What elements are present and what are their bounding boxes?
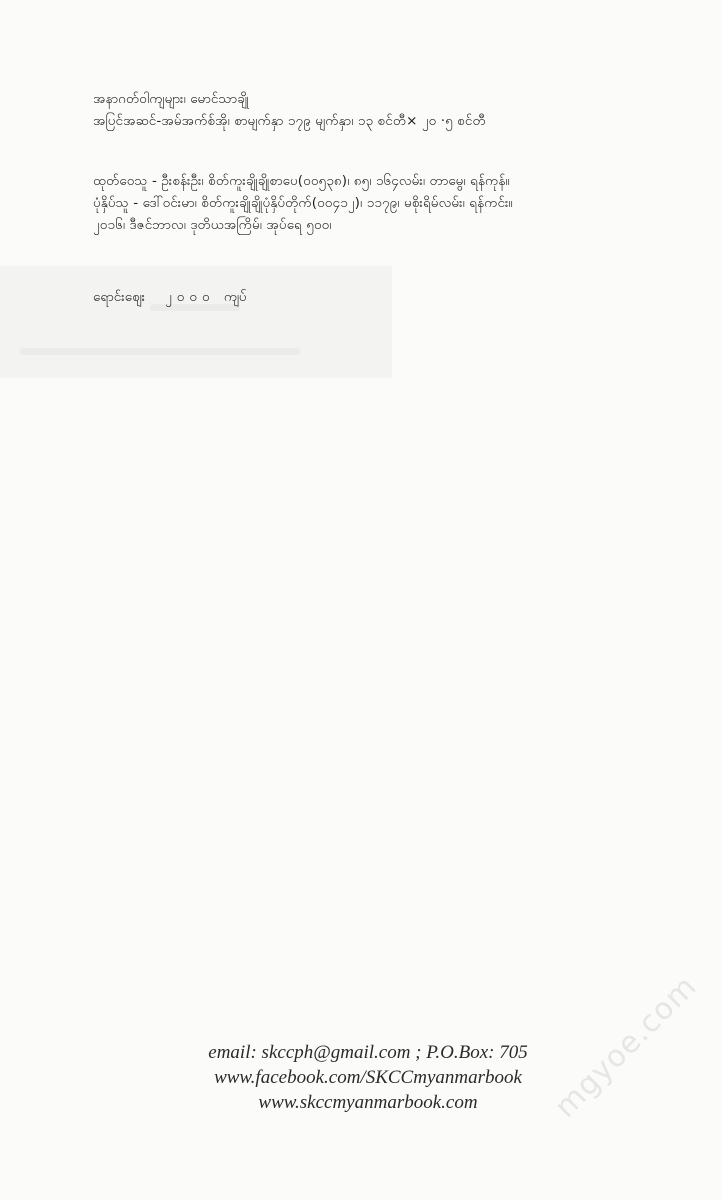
bleed-line — [20, 348, 300, 355]
book-specs-line: အပြင်အဆင်-အမ်အက်စ်အို၊ စာမျက်နှာ ၁၇၉ မျက… — [93, 110, 486, 132]
price-value: ၂၀၀၀ ကျပ် — [165, 289, 251, 305]
book-title-block: အနာဂတ်ဝါကျများ၊ မောင်သာချို အပြင်အဆင်-အမ… — [93, 88, 486, 132]
publisher-block: ထုတ်ဝေသူ - ဦးစန်းဦး၊ စိတ်ကူးချိုချိုစာပေ… — [93, 170, 513, 236]
book-title-author-line: အနာဂတ်ဝါကျများ၊ မောင်သာချို — [93, 88, 486, 110]
publisher-line: ထုတ်ဝေသူ - ဦးစန်းဦး၊ စိတ်ကူးချိုချိုစာပေ… — [93, 170, 513, 192]
edition-line: ၂၀၁၆၊ ဒီဇင်ဘာလ၊ ဒုတိယအကြိမ်၊ အုပ်ရေ ၅၀၀၊ — [93, 214, 513, 236]
printer-line: ပုံနှိပ်သူ - ဒေါ်ဝင်းမာ၊ စိတ်ကူးချိုချို… — [93, 192, 513, 214]
show-through-bleed-area — [0, 266, 392, 378]
price-block: ရောင်းဈေး၂၀၀၀ ကျပ် — [93, 286, 251, 308]
price-label: ရောင်းဈေး — [93, 289, 145, 305]
contact-website-line: www.skccmyanmarbook.com — [0, 1090, 722, 1115]
